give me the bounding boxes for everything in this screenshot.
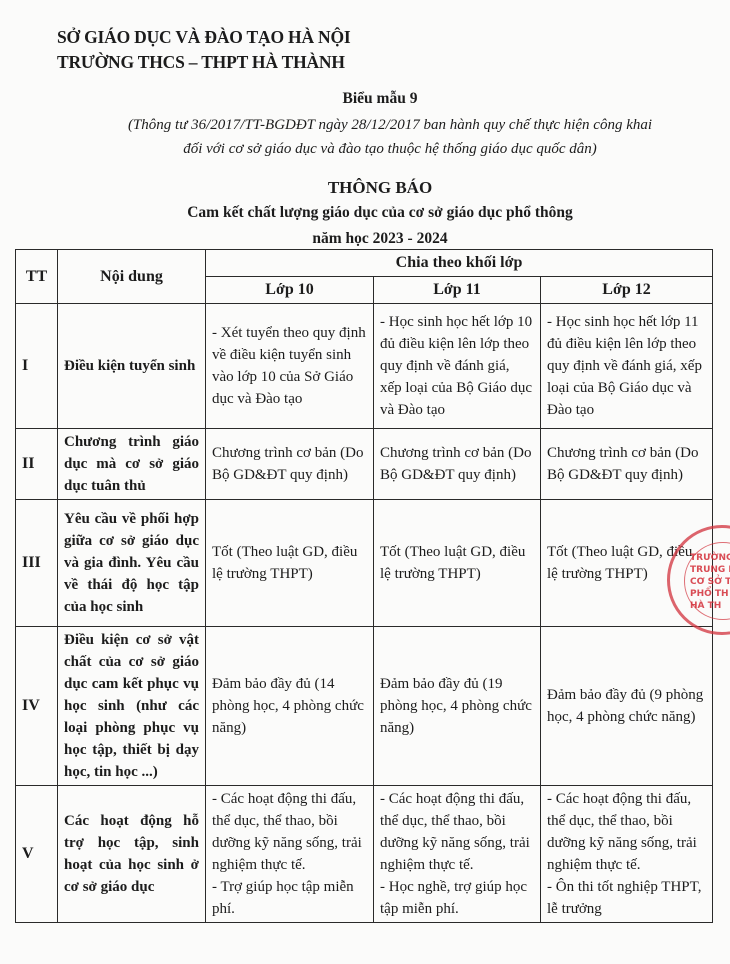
cell-text: Chương trình cơ bản (Do Bộ GD&ĐT quy địn…: [547, 442, 706, 486]
cell-text: - Xét tuyển theo quy định về điều kiện t…: [212, 322, 367, 410]
cell-text: - Các hoạt động thi đấu, thể dục, thể th…: [547, 788, 706, 876]
commitment-table: TT Nội dung Chia theo khối lớp Lớp 10 Lớ…: [15, 249, 713, 923]
notice-subtitle: Cam kết chất lượng giáo dục của cơ sở gi…: [30, 200, 730, 226]
document-header: SỞ GIÁO DỤC VÀ ĐÀO TẠO HÀ NỘI TRƯỜNG THC…: [57, 25, 351, 75]
grade-10-cell: Đảm bảo đầy đủ (14 phòng học, 4 phòng ch…: [206, 627, 374, 786]
header-grade-11: Lớp 11: [374, 277, 541, 304]
grade-11-cell: - Các hoạt động thi đấu, thể dục, thể th…: [374, 786, 541, 923]
grade-11-cell: - Học sinh học hết lớp 10 đủ điều kiện l…: [374, 304, 541, 429]
cell-text: Tốt (Theo luật GD, điều lệ trường THPT): [380, 541, 534, 585]
header-content: Nội dung: [58, 250, 206, 304]
grade-10-cell: Chương trình cơ bản (Do Bộ GD&ĐT quy địn…: [206, 429, 374, 500]
cell-text: Tốt (Theo luật GD, điều lệ trường THPT): [547, 541, 706, 585]
cell-text: Chương trình cơ bản (Do Bộ GD&ĐT quy địn…: [212, 442, 367, 486]
row-number: I: [16, 304, 58, 429]
row-content: Yêu cầu về phối hợp giữa cơ sở giáo dục …: [58, 500, 206, 627]
cell-text: - Trợ giúp học tập miễn phí.: [212, 876, 367, 920]
grade-12-cell: Tốt (Theo luật GD, điều lệ trường THPT): [541, 500, 713, 627]
notice-title: THÔNG BÁO: [0, 178, 730, 198]
grade-10-cell: - Các hoạt động thi đấu, thể dục, thể th…: [206, 786, 374, 923]
cell-text: Tốt (Theo luật GD, điều lệ trường THPT): [212, 541, 367, 585]
cell-text: - Ôn thi tốt nghiệp THPT, lễ trưởng: [547, 876, 706, 920]
row-number: V: [16, 786, 58, 923]
table-row: IĐiều kiện tuyển sinh- Xét tuyển theo qu…: [16, 304, 713, 429]
form-note: (Thông tư 36/2017/TT-BGDĐT ngày 28/12/20…: [80, 113, 700, 161]
cell-text: - Học sinh học hết lớp 11 đủ điều kiện l…: [547, 311, 706, 421]
grade-10-cell: Tốt (Theo luật GD, điều lệ trường THPT): [206, 500, 374, 627]
table-row: VCác hoạt động hỗ trợ học tập, sinh hoạt…: [16, 786, 713, 923]
table-row: IIIYêu cầu về phối hợp giữa cơ sở giáo d…: [16, 500, 713, 627]
form-note-line-1: (Thông tư 36/2017/TT-BGDĐT ngày 28/12/20…: [80, 113, 700, 137]
grade-10-cell: - Xét tuyển theo quy định về điều kiện t…: [206, 304, 374, 429]
school-name: TRƯỜNG THCS – THPT HÀ THÀNH: [57, 50, 351, 75]
cell-text: Đảm bảo đầy đủ (14 phòng học, 4 phòng ch…: [212, 673, 367, 739]
form-note-line-2: đối với cơ sở giáo dục và đào tạo thuộc …: [80, 137, 700, 161]
row-content: Điều kiện tuyển sinh: [58, 304, 206, 429]
header-tt: TT: [16, 250, 58, 304]
department-name: SỞ GIÁO DỤC VÀ ĐÀO TẠO HÀ NỘI: [57, 25, 351, 50]
grade-11-cell: Chương trình cơ bản (Do Bộ GD&ĐT quy địn…: [374, 429, 541, 500]
row-content: Điều kiện cơ sở vật chất của cơ sở giáo …: [58, 627, 206, 786]
grade-11-cell: Tốt (Theo luật GD, điều lệ trường THPT): [374, 500, 541, 627]
cell-text: Đảm bảo đầy đủ (9 phòng học, 4 phòng chứ…: [547, 684, 706, 728]
cell-text: Đảm bảo đầy đủ (19 phòng học, 4 phòng ch…: [380, 673, 534, 739]
cell-text: - Các hoạt động thi đấu, thể dục, thể th…: [380, 788, 534, 876]
grade-12-cell: Đảm bảo đầy đủ (9 phòng học, 4 phòng chứ…: [541, 627, 713, 786]
row-content: Các hoạt động hỗ trợ học tập, sinh hoạt …: [58, 786, 206, 923]
grade-11-cell: Đảm bảo đầy đủ (19 phòng học, 4 phòng ch…: [374, 627, 541, 786]
grade-12-cell: - Các hoạt động thi đấu, thể dục, thể th…: [541, 786, 713, 923]
table-row: IIChương trình giáo dục mà cơ sở giáo dụ…: [16, 429, 713, 500]
form-title: Biểu mẫu 9: [0, 90, 730, 108]
header-grade-10: Lớp 10: [206, 277, 374, 304]
cell-text: - Học nghề, trợ giúp học tập miễn phí.: [380, 876, 534, 920]
row-number: IV: [16, 627, 58, 786]
cell-text: - Các hoạt động thi đấu, thể dục, thể th…: [212, 788, 367, 876]
header-grade-group: Chia theo khối lớp: [206, 250, 713, 277]
row-number: III: [16, 500, 58, 627]
row-content: Chương trình giáo dục mà cơ sở giáo dục …: [58, 429, 206, 500]
grade-12-cell: Chương trình cơ bản (Do Bộ GD&ĐT quy địn…: [541, 429, 713, 500]
cell-text: - Học sinh học hết lớp 10 đủ điều kiện l…: [380, 311, 534, 421]
cell-text: Chương trình cơ bản (Do Bộ GD&ĐT quy địn…: [380, 442, 534, 486]
header-grade-12: Lớp 12: [541, 277, 713, 304]
table-row: IVĐiều kiện cơ sở vật chất của cơ sở giá…: [16, 627, 713, 786]
row-number: II: [16, 429, 58, 500]
grade-12-cell: - Học sinh học hết lớp 11 đủ điều kiện l…: [541, 304, 713, 429]
notice-subtitle-block: Cam kết chất lượng giáo dục của cơ sở gi…: [0, 200, 730, 252]
